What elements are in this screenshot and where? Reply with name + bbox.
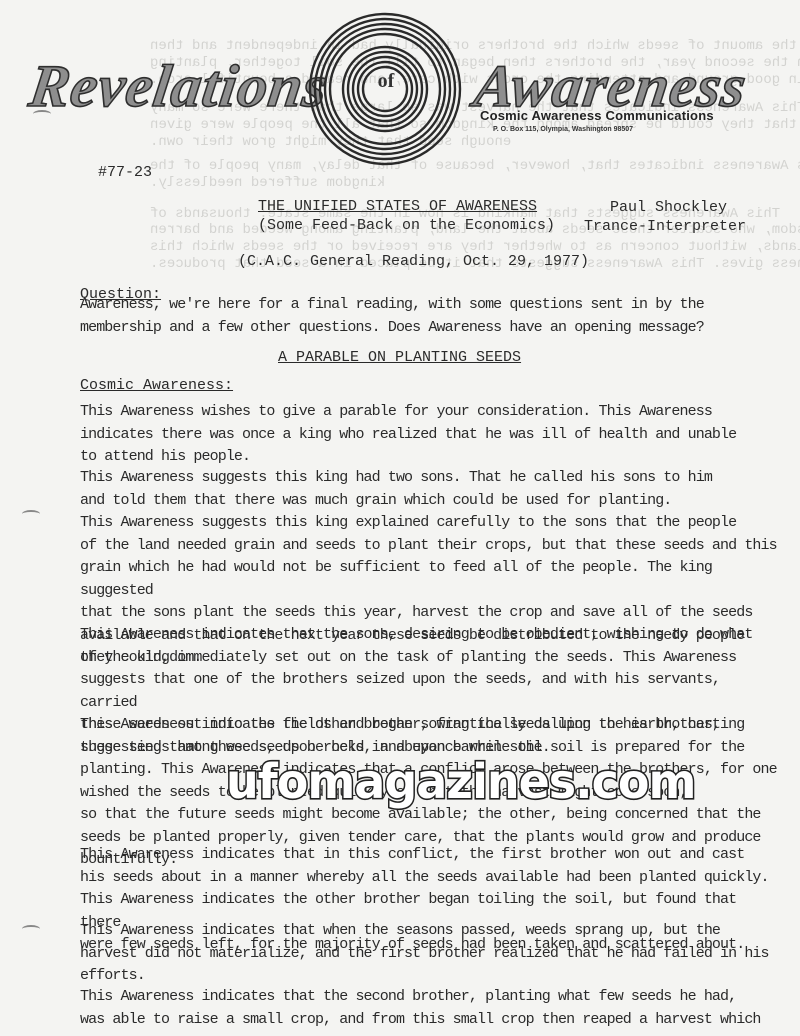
- section-title: A PARABLE ON PLANTING SEEDS: [278, 349, 521, 366]
- paragraph: This Awareness suggests this king had tw…: [80, 467, 780, 512]
- question-text: Awareness, we're here for a final readin…: [80, 294, 780, 339]
- organization-address: P. O. Box 115, Olympia, Washington 98507: [493, 126, 633, 133]
- bleed-through-line: This Awareness indicates that, however, …: [150, 158, 800, 174]
- paragraph: This Awareness indicates that when the s…: [80, 920, 780, 988]
- speaker-label: Cosmic Awareness:: [80, 377, 233, 394]
- author-name: Paul Shockley: [610, 199, 727, 216]
- scan-speck: [22, 925, 40, 933]
- organization-name: Cosmic Awareness Communications: [480, 108, 714, 123]
- masthead-title-center: of: [372, 70, 400, 93]
- scan-speck: [33, 110, 51, 118]
- masthead-title-left: Revelations: [25, 52, 332, 121]
- reading-info: (C.A.C. General Reading, Oct. 29, 1977): [238, 253, 589, 270]
- document-number: #77-23: [98, 164, 152, 181]
- document-title: THE UNIFIED STATES OF AWARENESS: [258, 198, 537, 215]
- document-page: equaled the amount of seeds which the br…: [0, 0, 800, 1036]
- document-subtitle: (Some Feed-Back on the Economics): [258, 217, 555, 234]
- bleed-through-line: kingdom suffered needlessly.: [150, 175, 385, 191]
- watermark: ufomagazines.com: [226, 753, 695, 810]
- author-role: Trance-Interpreter: [584, 218, 746, 235]
- scan-speck: [22, 510, 40, 518]
- paragraph: This Awareness wishes to give a parable …: [80, 401, 780, 469]
- paragraph: This Awareness indicates that the second…: [80, 986, 780, 1031]
